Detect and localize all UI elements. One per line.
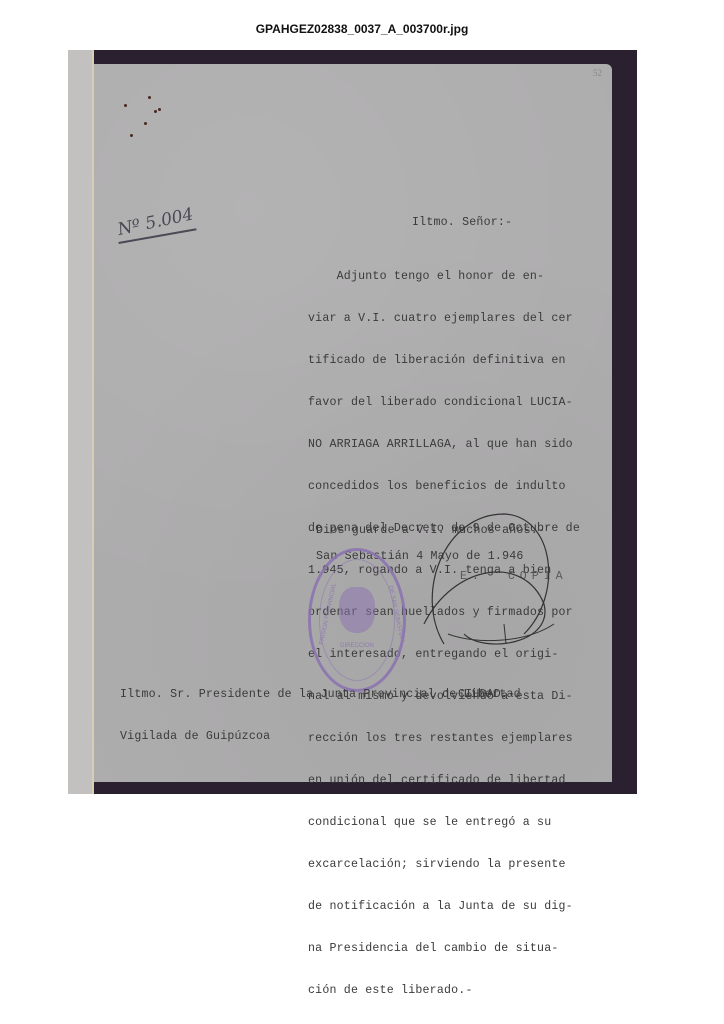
body-line: Adjunto tengo el honor de en- [308,270,580,284]
body-line: viar a V.I. cuatro ejemplares del cer [308,312,580,326]
scanned-document: 52 Nº 5.004 Iltmo. Señor:- Adjunto tengo… [68,50,637,794]
city-line: CIUDAD.- [458,688,515,702]
paper-page: 52 Nº 5.004 Iltmo. Señor:- Adjunto tengo… [94,64,612,782]
punch-hole-mark [148,96,151,99]
body-line: condicional que se le entregó a su [308,816,580,830]
body-line: tificado de liberación definitiva en [308,354,580,368]
binding-strip [68,50,94,794]
addressee-line: Vigilada de Guipúzcoa [120,730,521,744]
body-line: de notificación a la Junta de su dig- [308,900,580,914]
punch-hole-mark [154,110,157,113]
body-line: NO ARRIAGA ARRILLAGA, al que han sido [308,438,580,452]
punch-hole-mark [130,134,133,137]
punch-hole-mark [158,108,161,111]
body-line: en unión del certificado de libertad [308,774,580,788]
body-line: favor del liberado condicional LUCIA- [308,396,580,410]
punch-hole-mark [124,104,127,107]
body-line: na Presidencia del cambio de situa- [308,942,580,956]
page-corner-mark: 52 [593,68,602,78]
handwritten-reference-number: Nº 5.004 [116,204,195,240]
punch-hole-mark [144,122,147,125]
stamp-label: DIRECCION [311,643,403,649]
addressee: Iltmo. Sr. Presidente de la Junta Provin… [120,660,521,772]
signature-scribble [404,484,564,654]
file-title: GPAHGEZ02838_0037_A_003700r.jpg [0,22,724,36]
body-line: ción de este liberado.- [308,984,580,998]
body-line: excarcelación; sirviendo la presente [308,858,580,872]
salutation: Iltmo. Señor:- [412,216,512,230]
coat-of-arms-icon [339,587,375,633]
